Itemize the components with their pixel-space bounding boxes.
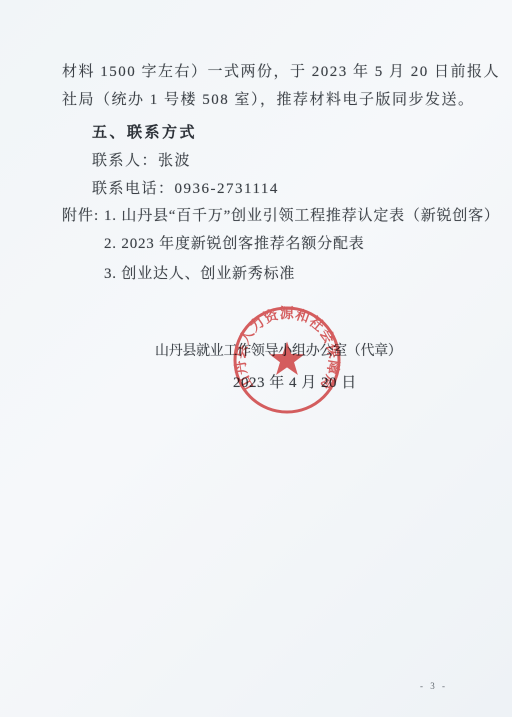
page-number: - 3 - <box>420 681 448 691</box>
contact-phone-line: 联系电话：0936-2731114 <box>92 177 279 198</box>
official-seal: 山丹县人力资源和社会保障局 <box>227 300 347 420</box>
body-text-line-2: 社局（统办 1 号楼 508 室），推荐材料电子版同步发送。 <box>62 88 475 109</box>
attachment-item-1: 1. 山丹县“百千万”创业引领工程推荐认定表（新锐创客） <box>104 204 500 225</box>
seal-star-icon <box>269 342 304 375</box>
attachment-item-3: 3. 创业达人、创业新秀标准 <box>104 262 295 283</box>
body-text-line-1: 材料 1500 字左右）一式两份，于 2023 年 5 月 20 日前报人 <box>62 60 500 81</box>
attachments-label: 附件: <box>62 204 99 225</box>
contact-person-line: 联系人：张波 <box>92 149 191 170</box>
attachment-item-2: 2. 2023 年度新锐创客推荐名额分配表 <box>104 232 365 253</box>
scanned-document-page: 材料 1500 字左右）一式两份，于 2023 年 5 月 20 日前报人 社局… <box>0 0 512 717</box>
section-heading-contact: 五、联系方式 <box>92 121 197 142</box>
